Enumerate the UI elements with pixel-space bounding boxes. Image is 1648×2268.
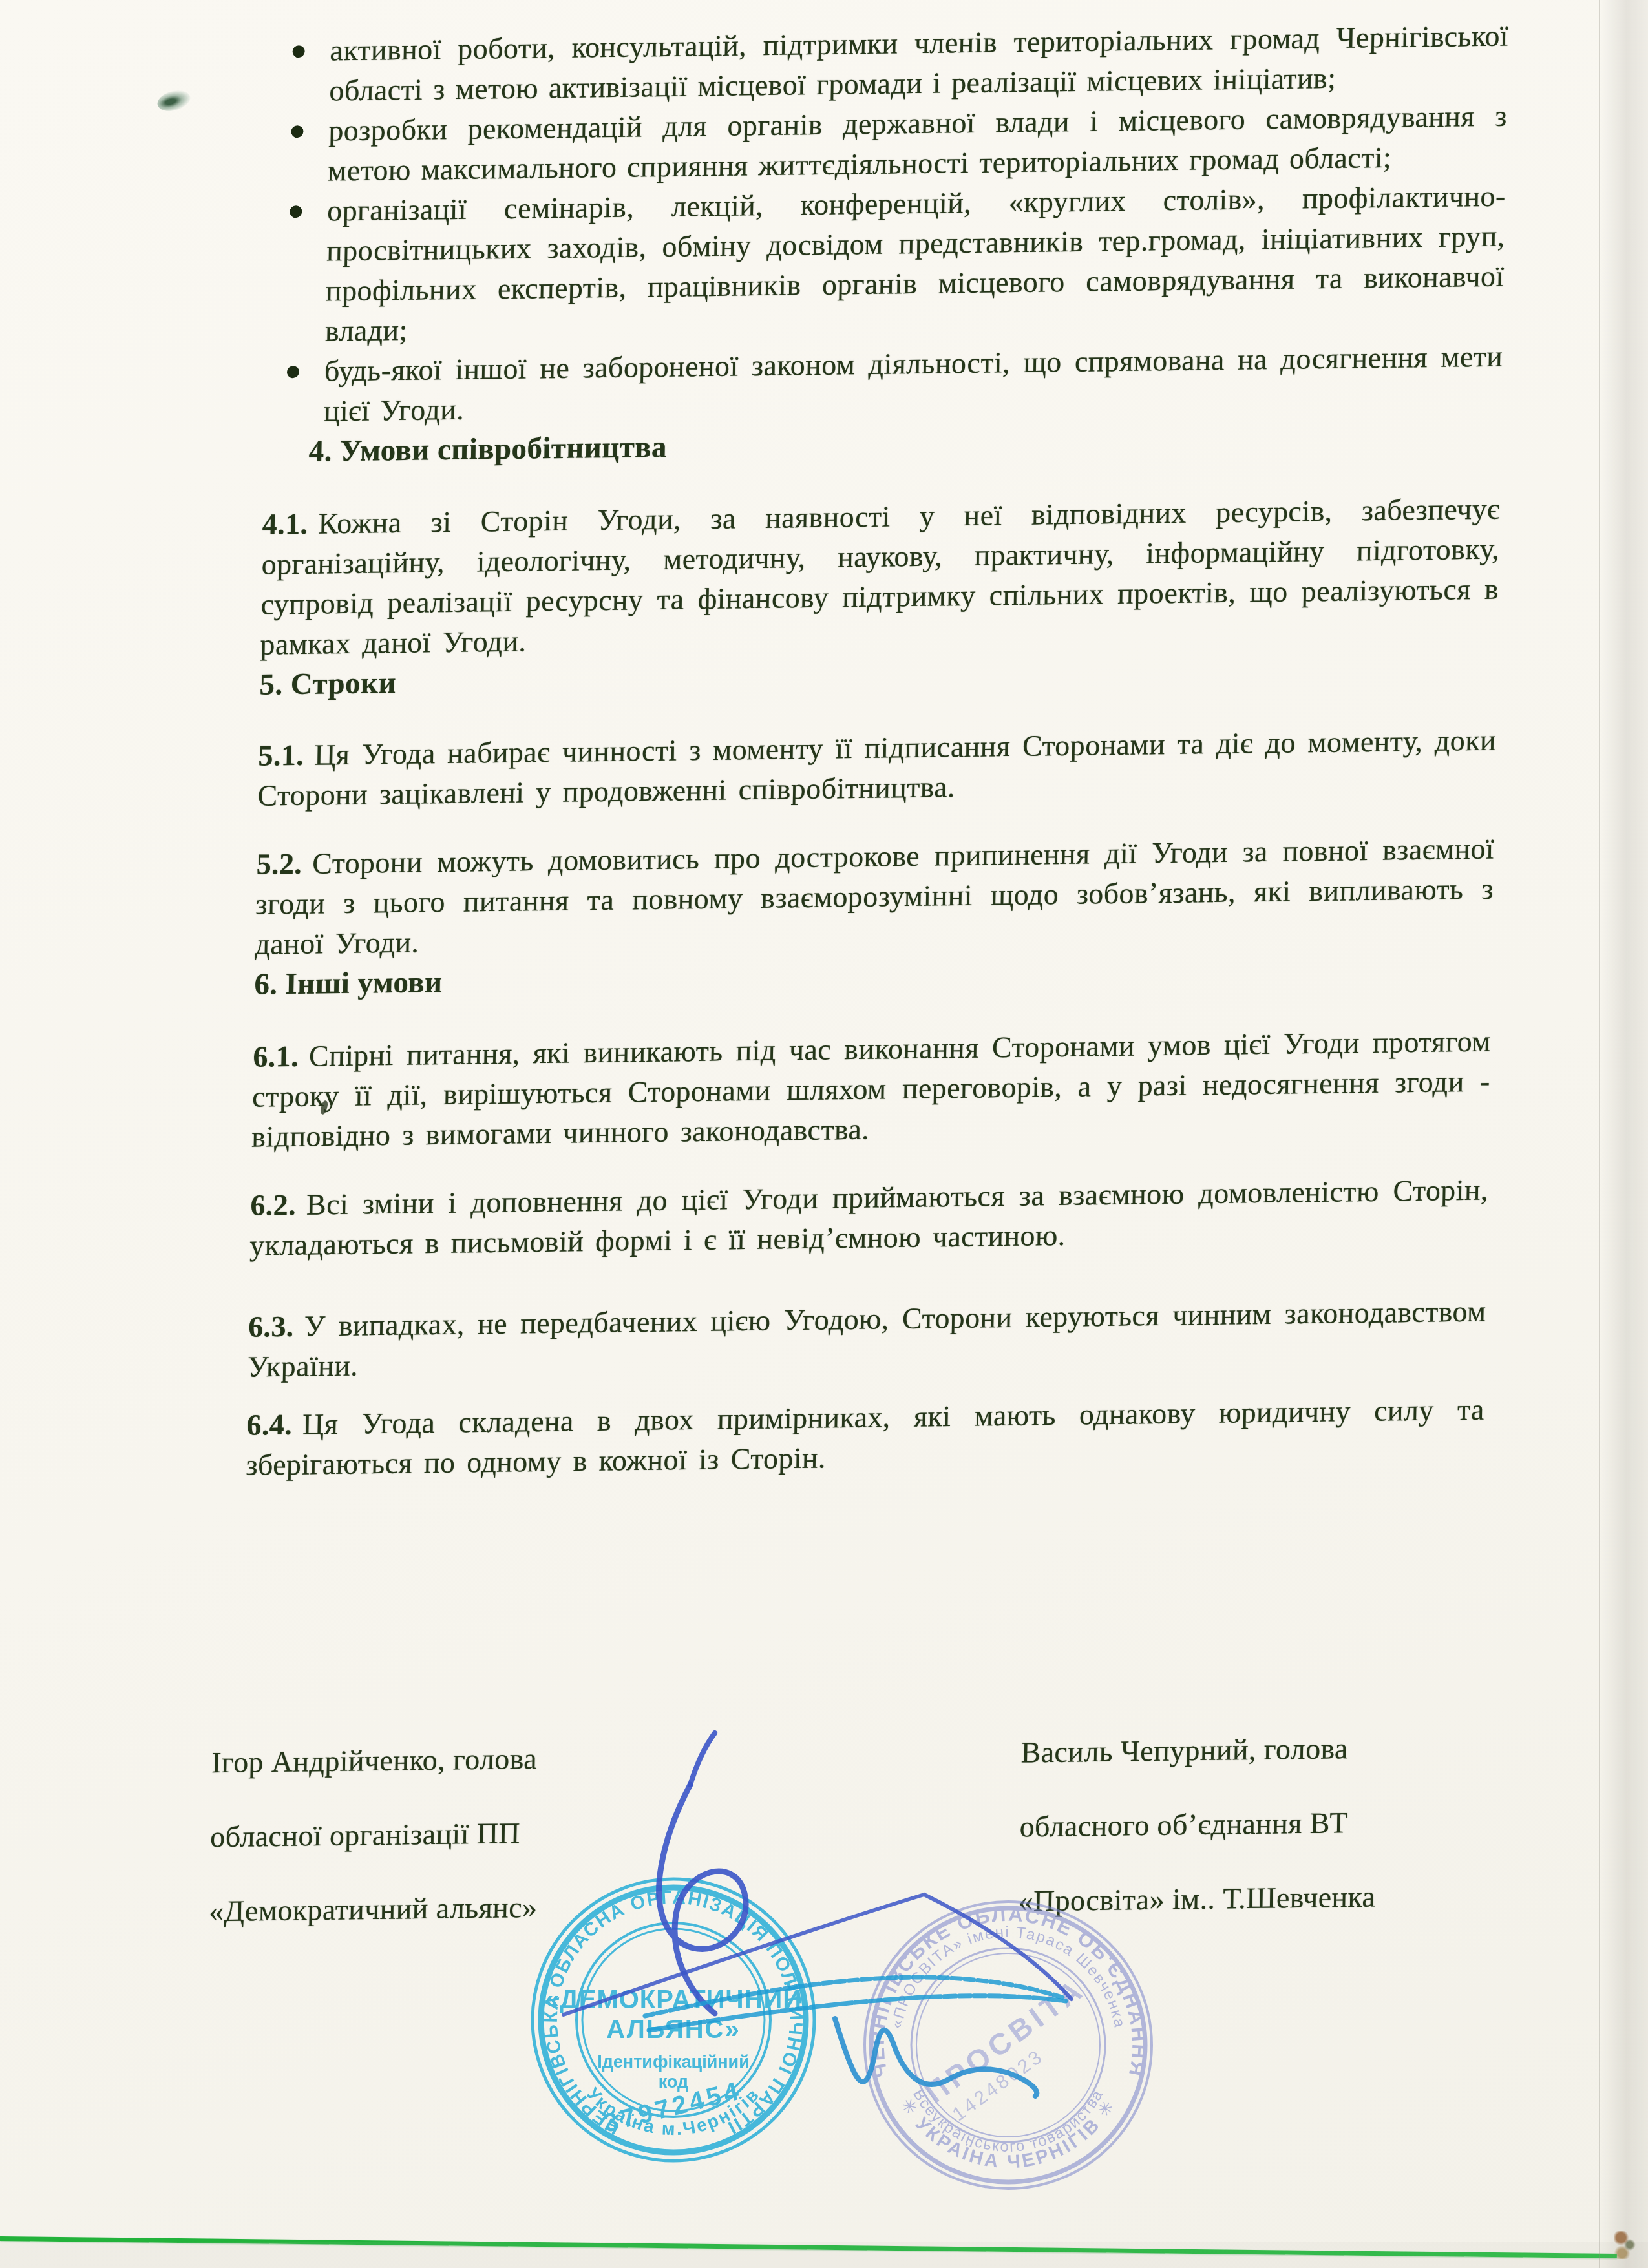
clause-number: 6.1. (253, 1040, 299, 1073)
stamp-ring-text-bottom: ✳ УКРАЇНА ЧЕРНІГІВ ✳ (896, 2095, 1121, 2173)
scanned-agreement-page: { "document": { "bullets": [ "активної р… (0, 0, 1648, 2268)
clause-text: Кожна зі Сторін Угоди, за наявності у не… (260, 492, 1501, 661)
clause-5-2: 5.2.Сторони можуть домовитись про достро… (255, 829, 1495, 965)
clause-4-1: 4.1.Кожна зі Сторін Угоди, за наявності … (260, 489, 1501, 665)
clause-6-3: 6.3.У випадках, не передбачених цією Уго… (248, 1292, 1487, 1387)
signatory-name: Ігор Андрійченко, голова (211, 1739, 540, 1783)
stamp-code: 14248023 (949, 2045, 1048, 2125)
clause-6-2: 6.2.Всі зміни і доповнення до цієї Угоди… (249, 1170, 1489, 1266)
clause-text: Ця Угода набирає чинності з моменту її п… (257, 724, 1496, 812)
stamp-ring-text-bottom: Україна м.Чернігів (583, 2083, 764, 2139)
list-item: будь-якої іншої не забороненої законом д… (282, 337, 1503, 432)
clause-text: Спірні питання, які виникають під час ви… (251, 1025, 1491, 1153)
activity-bullet-list: активної роботи, консультацій, підтримки… (264, 16, 1508, 432)
clause-number: 6.4. (246, 1408, 293, 1442)
clause-6-1: 6.1.Спірні питання, які виникають під ча… (251, 1022, 1492, 1157)
clause-text: Сторони можуть домовитись про дострокове… (255, 832, 1494, 961)
stamp-id-label2: код (659, 2072, 688, 2092)
list-item: організації семінарів, лекцій, конференц… (283, 176, 1506, 352)
signatory-name: Василь Чепурний, голова (1020, 1728, 1379, 1773)
stamp-center-line2: АЛЬЯНС» (606, 2015, 740, 2044)
list-item: розробки рекомендацій для органів держав… (286, 96, 1508, 192)
list-item: активної роботи, консультацій, підтримки… (288, 16, 1509, 112)
signatory-org: «Демократичний альянс» (209, 1887, 538, 1931)
svg-text:✳ УКРАЇНА ЧЕРНІГІВ ✳: ✳ УКРАЇНА ЧЕРНІГІВ ✳ (896, 2095, 1121, 2173)
stamp-inner-text-bottom: Всеукраїнського товариства (909, 2086, 1107, 2156)
svg-text:Україна м.Чернігів: Україна м.Чернігів (583, 2083, 764, 2139)
signature-ink-right-zigzag (835, 2019, 1037, 2096)
page-edge-shadow (1599, 0, 1648, 2268)
clause-number: 5.2. (256, 847, 302, 881)
scan-bottom-strip (0, 2242, 1648, 2268)
signatory-title: обласної організації ПП (210, 1813, 539, 1857)
stamp-inner-ring-2 (916, 1953, 1100, 2137)
signatory-right: Василь Чепурний, голова обласного об’єдн… (1017, 1728, 1379, 1956)
clause-5-1: 5.1.Ця Угода набирає чинності з моменту … (257, 720, 1497, 816)
clause-text: У випадках, не передбачених цією Угодою,… (248, 1295, 1486, 1383)
clause-number: 6.3. (248, 1310, 295, 1343)
clause-text: Ця Угода складена в двох примірниках, як… (246, 1393, 1484, 1482)
signature-ink-right-stroke-1 (645, 1977, 1064, 2016)
stamp-inner-ring (911, 1948, 1105, 2142)
signatory-left: Ігор Андрійченко, голова обласної органі… (208, 1739, 540, 1966)
stamp-id-label1: Ідентифікаційний (597, 2052, 750, 2072)
clause-number: 4.1. (262, 507, 308, 541)
document-body: активної роботи, консультацій, підтримки… (0, 0, 1648, 1979)
clause-text: Всі зміни і доповнення до цієї Угоди при… (249, 1173, 1488, 1262)
signature-block: Ігор Андрійченко, голова обласної органі… (237, 1727, 1479, 1975)
signatory-org: «Просвіта» ім.. Т.Шевченка (1018, 1877, 1376, 1922)
svg-text:Всеукраїнського товариства: Всеукраїнського товариства (909, 2086, 1107, 2156)
signatory-title: обласного об’єднання ВТ (1019, 1803, 1377, 1847)
stamp-center-word: ПРОСВІТА (918, 1971, 1091, 2110)
clause-number: 5.1. (258, 739, 304, 772)
stamp-center-line1: «ДЕМОКРАТИЧНИЙ (545, 1984, 802, 2014)
clause-number: 6.2. (250, 1188, 297, 1222)
clause-6-4: 6.4.Ця Угода складена в двох примірниках… (246, 1390, 1485, 1486)
signature-ink-right-stroke-2 (649, 1996, 1066, 2030)
stamp-code: 37972454 (601, 2076, 745, 2137)
